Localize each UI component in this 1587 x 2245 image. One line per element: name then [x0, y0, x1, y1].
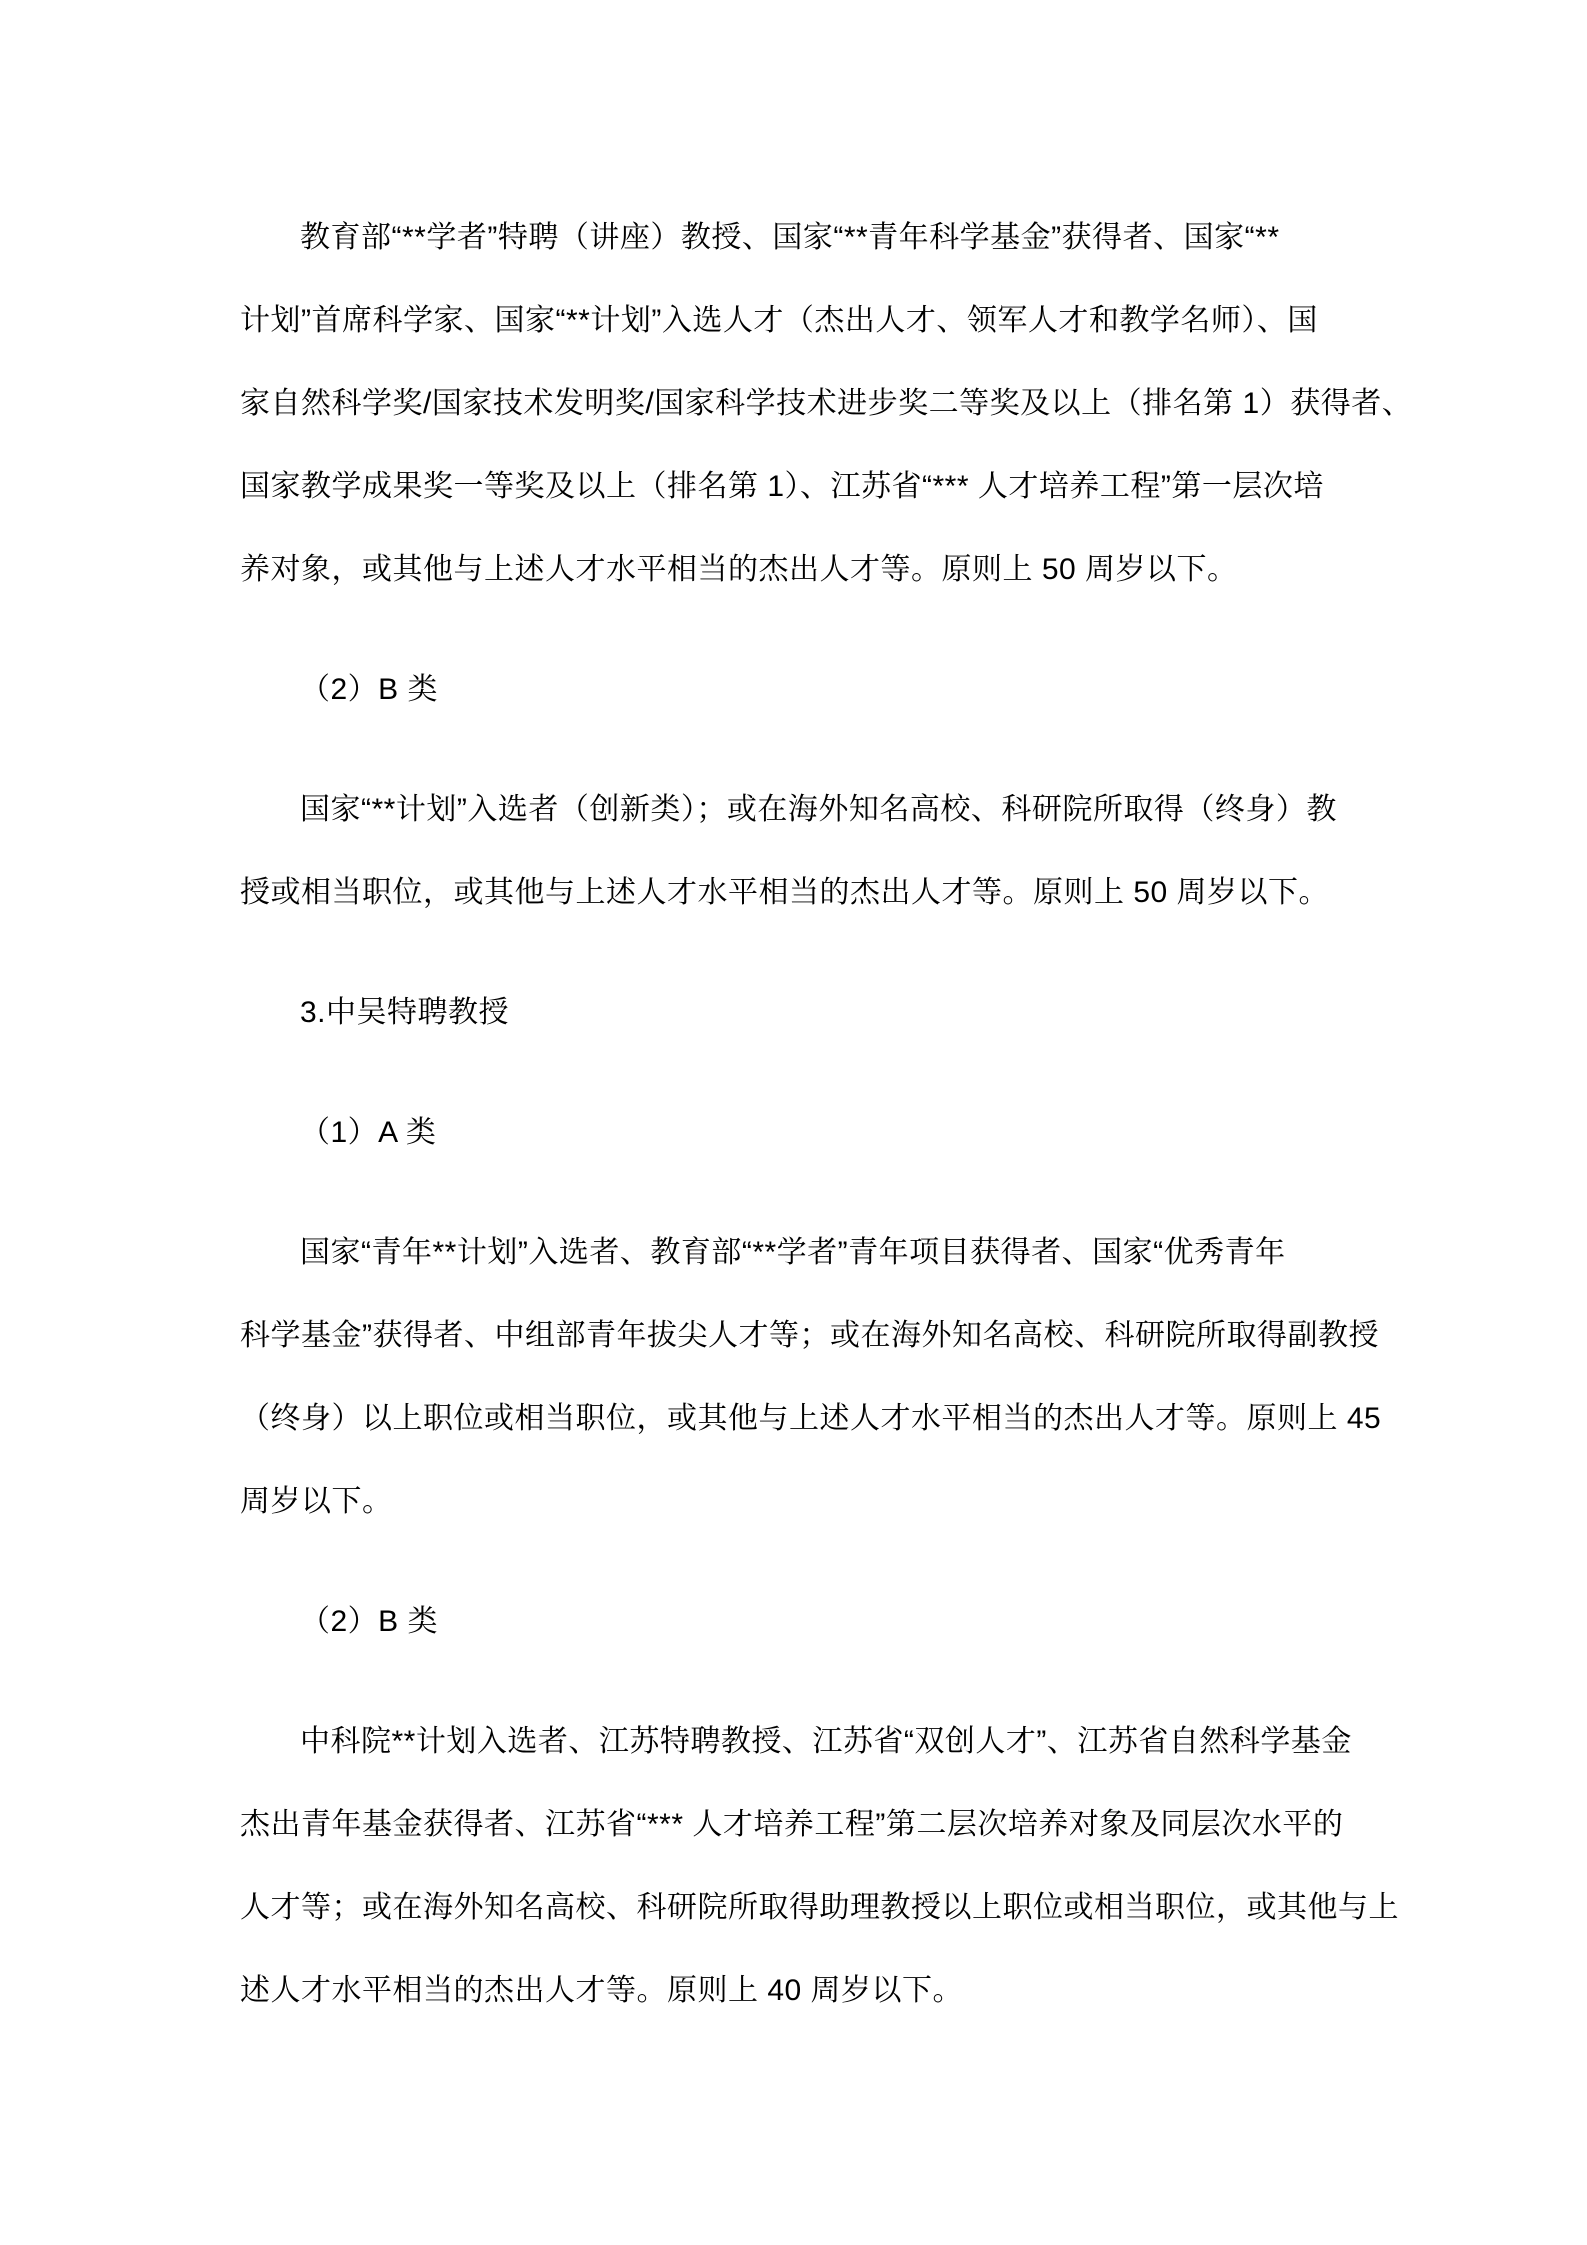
paragraph-line: 杰出青年基金获得者、江苏省“*** 人才培养工程”第二层次培养对象及同层次水平的 [240, 1783, 1350, 1866]
paragraph-line: 人才等；或在海外知名高校、科研院所取得助理教授以上职位或相当职位，或其他与上 [240, 1866, 1350, 1949]
paragraph-line: 述人才水平相当的杰出人才等。原则上 40 周岁以下。 [240, 1949, 1350, 2032]
paragraph-line: 科学基金”获得者、中组部青年拔尖人才等；或在海外知名高校、科研院所取得副教授 [240, 1294, 1350, 1377]
heading-zhongwu-distinguished-professor: 3.中吴特聘教授 [240, 971, 1350, 1054]
paragraph-line: 家自然科学奖/国家技术发明奖/国家科学技术进步奖二等奖及以上（排名第 1）获得者… [240, 362, 1350, 445]
section-heading: （2）B 类 [240, 648, 1350, 731]
paragraph-line: 教育部“**学者”特聘（讲座）教授、国家“**青年科学基金”获得者、国家“** [240, 196, 1350, 279]
paragraph-line: 周岁以下。 [240, 1460, 1350, 1543]
paragraph-line: （终身）以上职位或相当职位，或其他与上述人才水平相当的杰出人才等。原则上 45 [240, 1377, 1350, 1460]
paragraph-class-a-criteria: 国家“青年**计划”入选者、教育部“**学者”青年项目获得者、国家“优秀青年 科… [240, 1211, 1350, 1543]
paragraph-line: 养对象，或其他与上述人才水平相当的杰出人才等。原则上 50 周岁以下。 [240, 528, 1350, 611]
section-heading: （1）A 类 [240, 1091, 1350, 1174]
paragraph-line: 中科院**计划入选者、江苏特聘教授、江苏省“双创人才”、江苏省自然科学基金 [240, 1700, 1350, 1783]
paragraph-line: 授或相当职位，或其他与上述人才水平相当的杰出人才等。原则上 50 周岁以下。 [240, 851, 1350, 934]
paragraph-line: 国家“**计划”入选者（创新类）；或在海外知名高校、科研院所取得（终身）教 [240, 768, 1350, 851]
section-heading: （2）B 类 [240, 1580, 1350, 1663]
paragraph-talent-class-a-list: 教育部“**学者”特聘（讲座）教授、国家“**青年科学基金”获得者、国家“** … [240, 196, 1350, 611]
paragraph-class-b-criteria: 国家“**计划”入选者（创新类）；或在海外知名高校、科研院所取得（终身）教 授或… [240, 768, 1350, 934]
paragraph-line: 计划”首席科学家、国家“**计划”入选人才（杰出人才、领军人才和教学名师）、国 [240, 279, 1350, 362]
paragraph-line: 国家教学成果奖一等奖及以上（排名第 1）、江苏省“*** 人才培养工程”第一层次… [240, 445, 1350, 528]
heading-class-b-2: （2）B 类 [240, 1580, 1350, 1663]
paragraph-class-b-2-criteria: 中科院**计划入选者、江苏特聘教授、江苏省“双创人才”、江苏省自然科学基金 杰出… [240, 1700, 1350, 2032]
paragraph-line: 国家“青年**计划”入选者、教育部“**学者”青年项目获得者、国家“优秀青年 [240, 1211, 1350, 1294]
document-page: 教育部“**学者”特聘（讲座）教授、国家“**青年科学基金”获得者、国家“** … [0, 0, 1587, 2245]
heading-class-b: （2）B 类 [240, 648, 1350, 731]
heading-class-a: （1）A 类 [240, 1091, 1350, 1174]
document-content: 教育部“**学者”特聘（讲座）教授、国家“**青年科学基金”获得者、国家“** … [240, 196, 1350, 2032]
section-heading: 3.中吴特聘教授 [240, 971, 1350, 1054]
